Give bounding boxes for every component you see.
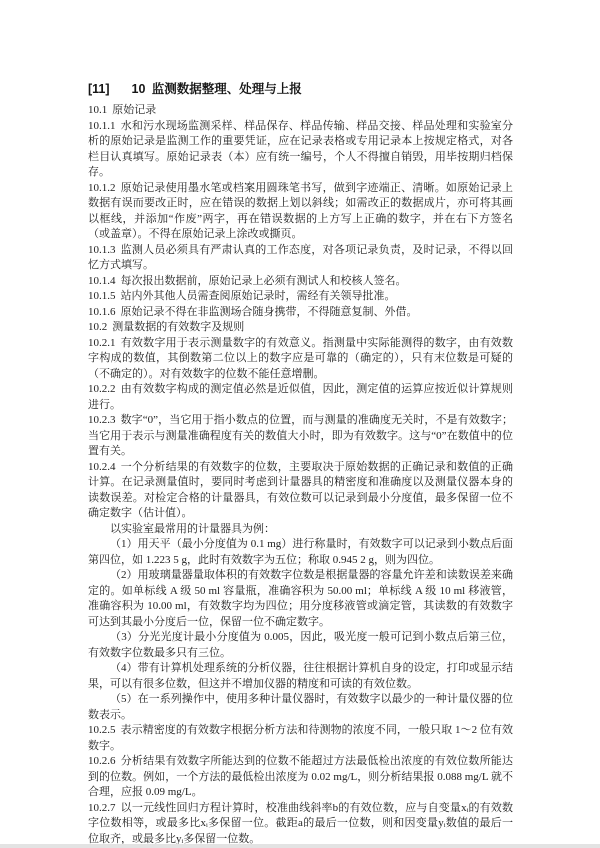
- clause-number: 10.1.2: [88, 182, 116, 194]
- clause-number: 10.2.4: [88, 461, 116, 473]
- paragraph: 10.1.4每次报出数据前，原始记录上必须有测试人和校核人签名。: [88, 274, 513, 290]
- paragraph-text: 监测人员必须具有严肃认真的工作态度，对各项记录负责，及时记录，不得以回忆方式填写…: [88, 244, 513, 272]
- paragraph: （4）带有计算机处理系统的分析仪器，往往根据计算机自身的设定，打印或显示结果，可…: [88, 661, 513, 692]
- paragraph-text: 原始记录: [112, 104, 156, 116]
- paragraph-text: 站内外其他人员需查阅原始记录时，需经有关领导批准。: [121, 290, 396, 302]
- clause-number: 10.1.1: [88, 120, 116, 132]
- clause-number: 10.2.2: [88, 383, 116, 395]
- document-page: [11]10 监测数据整理、处理与上报 10.1原始记录10.1.1水和污水现场…: [0, 0, 600, 848]
- paragraph: 以实验室最常用的计量器具为例：: [88, 522, 513, 538]
- paragraph: 10.1.5站内外其他人员需查阅原始记录时，需经有关领导批准。: [88, 289, 513, 305]
- clause-number: 10.2.6: [88, 755, 116, 767]
- paragraph-text: 表示精密度的有效数字根据分析方法和待测物的浓度不同，一般只取 1～2 位有效数字…: [88, 724, 513, 752]
- section-heading: [11]10 监测数据整理、处理与上报: [88, 79, 302, 97]
- paragraph: 10.1原始记录: [88, 103, 513, 119]
- paragraph: （2）用玻璃量器量取体积的有效数字位数是根据量器的容量允许差和读数误差来确定的。…: [88, 568, 513, 630]
- paragraph-text: 有效数字用于表示测量数字的有效意义。指测量中实际能测得的数字，由有效数字构成的数…: [88, 337, 513, 380]
- paragraph: （3）分光光度计最小分度值为 0.005，因此，吸光度一般可记到小数点后第三位，…: [88, 630, 513, 661]
- paragraph-text: 以实验室最常用的计量器具为例：: [110, 523, 275, 535]
- paragraph-text: 水和污水现场监测采样、样品保存、样品传输、样品交接、样品处理和实验室分析的原始记…: [88, 120, 513, 179]
- clause-number: 10.2.5: [88, 724, 116, 736]
- clause-number: 10.2: [88, 321, 107, 333]
- paragraph-text: （1）用天平（最小分度值为 0.1 mg）进行称量时，有效数字可以记录到小数点后…: [88, 538, 513, 566]
- clause-number: 10.1.3: [88, 244, 116, 256]
- paragraph: 10.2.5表示精密度的有效数字根据分析方法和待测物的浓度不同，一般只取 1～2…: [88, 723, 513, 754]
- paragraph: （1）用天平（最小分度值为 0.1 mg）进行称量时，有效数字可以记录到小数点后…: [88, 537, 513, 568]
- paragraph-text: 由有效数字构成的测定值必然是近似值，因此，测定值的运算应按近似计算规则进行。: [88, 383, 513, 411]
- paragraph-text: （2）用玻璃量器量取体积的有效数字位数是根据量器的容量允许差和读数误差来确定的。…: [88, 569, 513, 628]
- clause-tag: [11]: [88, 82, 110, 96]
- scan-edge-shadow: [0, 844, 600, 848]
- paragraph: 10.1.3监测人员必须具有严肃认真的工作态度，对各项记录负责，及时记录，不得以…: [88, 243, 513, 274]
- paragraph: 10.2.3数字“0”，当它用于指小数点的位置，而与测量的准确度无关时，不是有效…: [88, 413, 513, 460]
- clause-number: 10.1.4: [88, 275, 116, 287]
- paragraph-text: （4）带有计算机处理系统的分析仪器，往往根据计算机自身的设定，打印或显示结果，可…: [88, 662, 513, 690]
- clause-number: 10.1: [88, 104, 107, 116]
- clause-number: 10.2.1: [88, 337, 116, 349]
- paragraph: 10.2.4一个分析结果的有效数字的位数，主要取决于原始数据的正确记录和数值的正…: [88, 460, 513, 522]
- paragraph-text: 测量数据的有效数字及规则: [112, 321, 244, 333]
- clause-number: 10.2.3: [88, 414, 116, 426]
- paragraph: 10.2.1有效数字用于表示测量数字的有效意义。指测量中实际能测得的数字，由有效…: [88, 336, 513, 383]
- paragraph: 10.2测量数据的有效数字及规则: [88, 320, 513, 336]
- paragraph-text: 原始记录不得在非监测场合随身携带，不得随意复制、外借。: [121, 306, 418, 318]
- clause-number: 10.1.5: [88, 290, 116, 302]
- clause-number: 10.2.7: [88, 802, 116, 814]
- paragraph: 10.2.2由有效数字构成的测定值必然是近似值，因此，测定值的运算应按近似计算规…: [88, 382, 513, 413]
- paragraph: （5）在一系列操作中，使用多种计量仪器时，有效数字以最少的一种计量仪器的位数表示…: [88, 692, 513, 723]
- paragraph-text: 原始记录使用墨水笔或档案用圆珠笔书写，做到字迹端正、清晰。如原始记录上数据有误而…: [88, 182, 513, 241]
- document-body: 10.1原始记录10.1.1水和污水现场监测采样、样品保存、样品传输、样品交接、…: [88, 103, 513, 847]
- paragraph: 10.1.1水和污水现场监测采样、样品保存、样品传输、样品交接、样品处理和实验室…: [88, 119, 513, 181]
- paragraph-text: 分析结果有效数字所能达到的位数不能超过方法最低检出浓度的有效位数所能达到的位数。…: [88, 755, 513, 798]
- paragraph-text: 每次报出数据前，原始记录上必须有测试人和校核人签名。: [121, 275, 407, 287]
- paragraph-text: 一个分析结果的有效数字的位数，主要取决于原始数据的正确记录和数值的正确计算。在记…: [88, 461, 513, 520]
- section-title: 10 监测数据整理、处理与上报: [132, 82, 302, 96]
- clause-number: 10.1.6: [88, 306, 116, 318]
- paragraph-text: 以一元线性回归方程计算时，校准曲线斜率b的有效位数，应与自变量xᵢ的有效数字位数…: [88, 802, 513, 845]
- paragraph-text: （5）在一系列操作中，使用多种计量仪器时，有效数字以最少的一种计量仪器的位数表示…: [88, 693, 513, 721]
- paragraph: 10.1.2原始记录使用墨水笔或档案用圆珠笔书写，做到字迹端正、清晰。如原始记录…: [88, 181, 513, 243]
- paragraph: 10.1.6原始记录不得在非监测场合随身携带，不得随意复制、外借。: [88, 305, 513, 321]
- paragraph: 10.2.7以一元线性回归方程计算时，校准曲线斜率b的有效位数，应与自变量xᵢ的…: [88, 801, 513, 848]
- paragraph-text: 数字“0”，当它用于指小数点的位置，而与测量的准确度无关时，不是有效数字；当它用…: [88, 414, 513, 457]
- paragraph-text: （3）分光光度计最小分度值为 0.005，因此，吸光度一般可记到小数点后第三位，…: [88, 631, 513, 659]
- paragraph: 10.2.6分析结果有效数字所能达到的位数不能超过方法最低检出浓度的有效位数所能…: [88, 754, 513, 801]
